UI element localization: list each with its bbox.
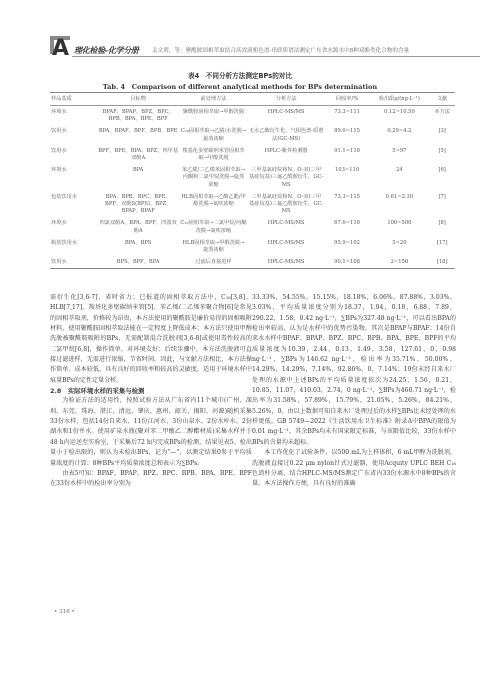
cell-recovery: 89.0~115 — [325, 125, 370, 144]
cell-matrix: 饮用水 — [50, 125, 97, 144]
journal-logo: A — [50, 36, 72, 60]
cell-analysis: HPLC-MS/MS — [248, 217, 325, 236]
cell-recovery: 67.6~110 — [325, 217, 370, 236]
cell-pretreatment: 苯乙烯/二乙烯苯固相萃取→丙酮和二氯甲烷洗脱→旋蒸浓缩 — [179, 164, 247, 191]
cell-pretreatment: HLB固相萃取→甲醇洗脱→旋蒸浓缩 — [179, 237, 247, 256]
col-header-targets: 目标物 — [97, 93, 179, 106]
cell-lod: 0.12~10.50 — [369, 106, 429, 126]
cell-analysis: HPLC-紫外检测器 — [248, 145, 325, 164]
paragraph: 需衍生化[3,6-7]，省时省力；已报道的固相萃取方法中，C₁₈[3,8]、HL… — [50, 293, 252, 386]
table-row: 环境水 四氯双酚A、BPA、BPF、四溴双酚A C₁₈固相萃取→二氯甲烷/丙酮洗… — [50, 217, 455, 236]
cell-matrix: 瓶装饮用水 — [50, 237, 97, 256]
col-header-lod: 检出限ρ/(ng·L⁻¹) — [369, 93, 429, 106]
cell-targets: BPA、BPS — [97, 237, 179, 256]
cell-recovery: 90.1~108 — [325, 256, 370, 269]
cell-pretreatment: 过滤后直接进样 — [179, 256, 247, 269]
cell-ref: [17] — [429, 237, 455, 256]
journal-name: 理化检验-化学分册 — [74, 45, 139, 56]
cell-analysis: HPLC-MS/MS — [248, 256, 325, 269]
body-column-left: 需衍生化[3,6-7]，省时省力；已报道的固相萃取方法中，C₁₈[3,8]、HL… — [50, 293, 252, 490]
cell-pretreatment: C₁₈固相萃取→二氯甲烷/丙酮洗脱→氮吹浓缩 — [179, 217, 247, 236]
cell-lod: 100~500 — [369, 217, 429, 236]
paragraph: 为验证方法的适用性，按照试验方法从广东省内11个城市(广州、深圳、东莞、珠海、湛… — [50, 396, 252, 468]
cell-ref: [5] — [429, 145, 455, 164]
cell-targets: BPA — [97, 164, 179, 191]
cell-lod: 0.61~2.30 — [369, 191, 429, 218]
page-number: • 316 • — [54, 609, 75, 615]
cell-recovery: 91.1~110 — [325, 145, 370, 164]
cell-recovery: 73.3~115 — [325, 191, 370, 218]
cell-analysis: HPLC-MS/MS — [248, 237, 325, 256]
comparison-table: 样品基质 目标物 前处理方法 分析方法 回收率/% 检出限ρ/(ng·L⁻¹) … — [50, 92, 455, 269]
cell-recovery: 95.9~102 — [325, 237, 370, 256]
cell-ref: [18] — [429, 256, 455, 269]
cell-matrix: 环境水 — [50, 106, 97, 126]
cell-lod: 0.29~4.2 — [369, 125, 429, 144]
table-row: 环境水 BPAF，BPAP，BPZ，BPC、BPB、BPA、BPE、BPF 聚酰… — [50, 106, 455, 126]
table-title-en: Tab. 4 Comparison of different analytica… — [0, 81, 480, 91]
cell-matrix: 环境水 — [50, 217, 97, 236]
cell-matrix: 环境水 — [50, 164, 97, 191]
cell-ref: [7] — [429, 191, 455, 218]
cell-lod: 24 — [369, 164, 429, 191]
cell-analysis: HPLC-MS/MS — [248, 106, 325, 126]
cell-lod: 5~97 — [369, 145, 429, 164]
col-header-ref: 文献 — [429, 93, 455, 106]
paragraph: 由表5可知：BPAF、BPAP、BPZ、BPC、BPB、BPA、BPE、BPF在… — [50, 469, 252, 490]
cell-pretreatment: HLB固相萃取→乙酸乙酯/甲醇洗脱→氮吹浓缩 — [179, 191, 247, 218]
table-row: 饮用水 BPA、BPAF、BPF、BPB、BPE C₁₈固相萃取→乙腈/水洗脱→… — [50, 125, 455, 144]
cell-targets: BPAF，BPAP，BPZ，BPC、BPB、BPA、BPE、BPF — [97, 106, 179, 126]
paragraph: 33.33%，54.55%，15.15%，18.18%，6.06%，87.88%… — [252, 293, 456, 448]
cell-pretreatment: 羧基化多壁碳纳米管固相萃取→甲醇洗脱 — [179, 145, 247, 164]
cell-ref: [3] — [429, 125, 455, 144]
cell-lod: 2~150 — [369, 256, 429, 269]
body-column-right: 33.33%，54.55%，15.15%，18.18%，6.06%，87.88%… — [252, 293, 456, 490]
table-row: 饮用水 BPF、BPE、BPA、BPZ、四甲基双酚A 羧基化多壁碳纳米管固相萃取… — [50, 145, 455, 164]
paragraph: 本工作优化了试验条件，以500 mL为上样体积，6 mL甲醇为洗脱剂，洗脱液直接… — [252, 448, 456, 489]
cell-ref: [8] — [429, 217, 455, 236]
cell-targets: BPA、BPAF、BPF、BPB、BPE — [97, 125, 179, 144]
cell-ref: [6] — [429, 164, 455, 191]
table-row: 环境水 BPA 苯乙烯/二乙烯苯固相萃取→丙酮和二氯甲烷洗脱→旋蒸浓缩 三甲基氯… — [50, 164, 455, 191]
cell-matrix: 饮用水 — [50, 256, 97, 269]
cell-recovery: 103~110 — [325, 164, 370, 191]
col-header-matrix: 样品基质 — [50, 93, 97, 106]
header-divider — [72, 56, 480, 57]
table-header-row: 样品基质 目标物 前处理方法 分析方法 回收率/% 检出限ρ/(ng·L⁻¹) … — [50, 93, 455, 106]
logo-letter: A — [52, 38, 69, 60]
cell-recovery: 73.3~111 — [325, 106, 370, 126]
cell-ref: 本方法 — [429, 106, 455, 126]
cell-analysis: 无水乙酸衍生化，气相色谱-质谱法(GC-MS) — [248, 125, 325, 144]
cell-targets: BPS、BPF、BPA — [97, 256, 179, 269]
table-row: 饮用水 BPS、BPF、BPA 过滤后直接进样 HPLC-MS/MS 90.1~… — [50, 256, 455, 269]
table-row: 包装饮用水 BPA、BPB、BPC、BPE、BPF、双酚S(BPS)、BPZ、B… — [50, 191, 455, 218]
cell-analysis: 三甲基氯硅烷和N，O-双(三甲基硅烷基)三氟乙酰胺衍生，GC-MS — [248, 191, 325, 218]
cell-targets: BPA、BPB、BPC、BPE、BPF、双酚S(BPS)、BPZ、BPAP、BP… — [97, 191, 179, 218]
table-row: 瓶装饮用水 BPA、BPS HLB固相萃取→甲醇洗脱→旋蒸浓缩 HPLC-MS/… — [50, 237, 455, 256]
cell-matrix: 包装饮用水 — [50, 191, 97, 218]
cell-matrix: 饮用水 — [50, 145, 97, 164]
cell-targets: BPF、BPE、BPA、BPZ、四甲基双酚A — [97, 145, 179, 164]
cell-pretreatment: 聚酰胺固相萃取→甲醇洗脱 — [179, 106, 247, 126]
running-title: 关文碧，等：聚酰胺固相萃取结合高效液相色谱-串联质谱法测定广东省水源水中8种双酚… — [152, 46, 409, 54]
cell-pretreatment: C₁₈固相萃取→乙腈/水洗脱→旋蒸浓缩 — [179, 125, 247, 144]
cell-analysis: 三甲基氯硅烷和N，O-双(三甲基硅烷基)三氟乙酰胺衍生，GC-MS — [248, 164, 325, 191]
col-header-recovery: 回收率/% — [325, 93, 370, 106]
running-header: A 理化检验-化学分册 关文碧，等：聚酰胺固相萃取结合高效液相色谱-串联质谱法测… — [50, 36, 430, 60]
col-header-analysis: 分析方法 — [248, 93, 325, 106]
section-heading: 2.8 实际环境水样的采集与检测 — [50, 386, 252, 396]
cell-lod: 5~20 — [369, 237, 429, 256]
table-title-cn: 表4 不同分析方法测定BPs的对比 — [0, 70, 480, 80]
cell-targets: 四氯双酚A、BPA、BPF、四溴双酚A — [97, 217, 179, 236]
col-header-pretreatment: 前处理方法 — [179, 93, 247, 106]
